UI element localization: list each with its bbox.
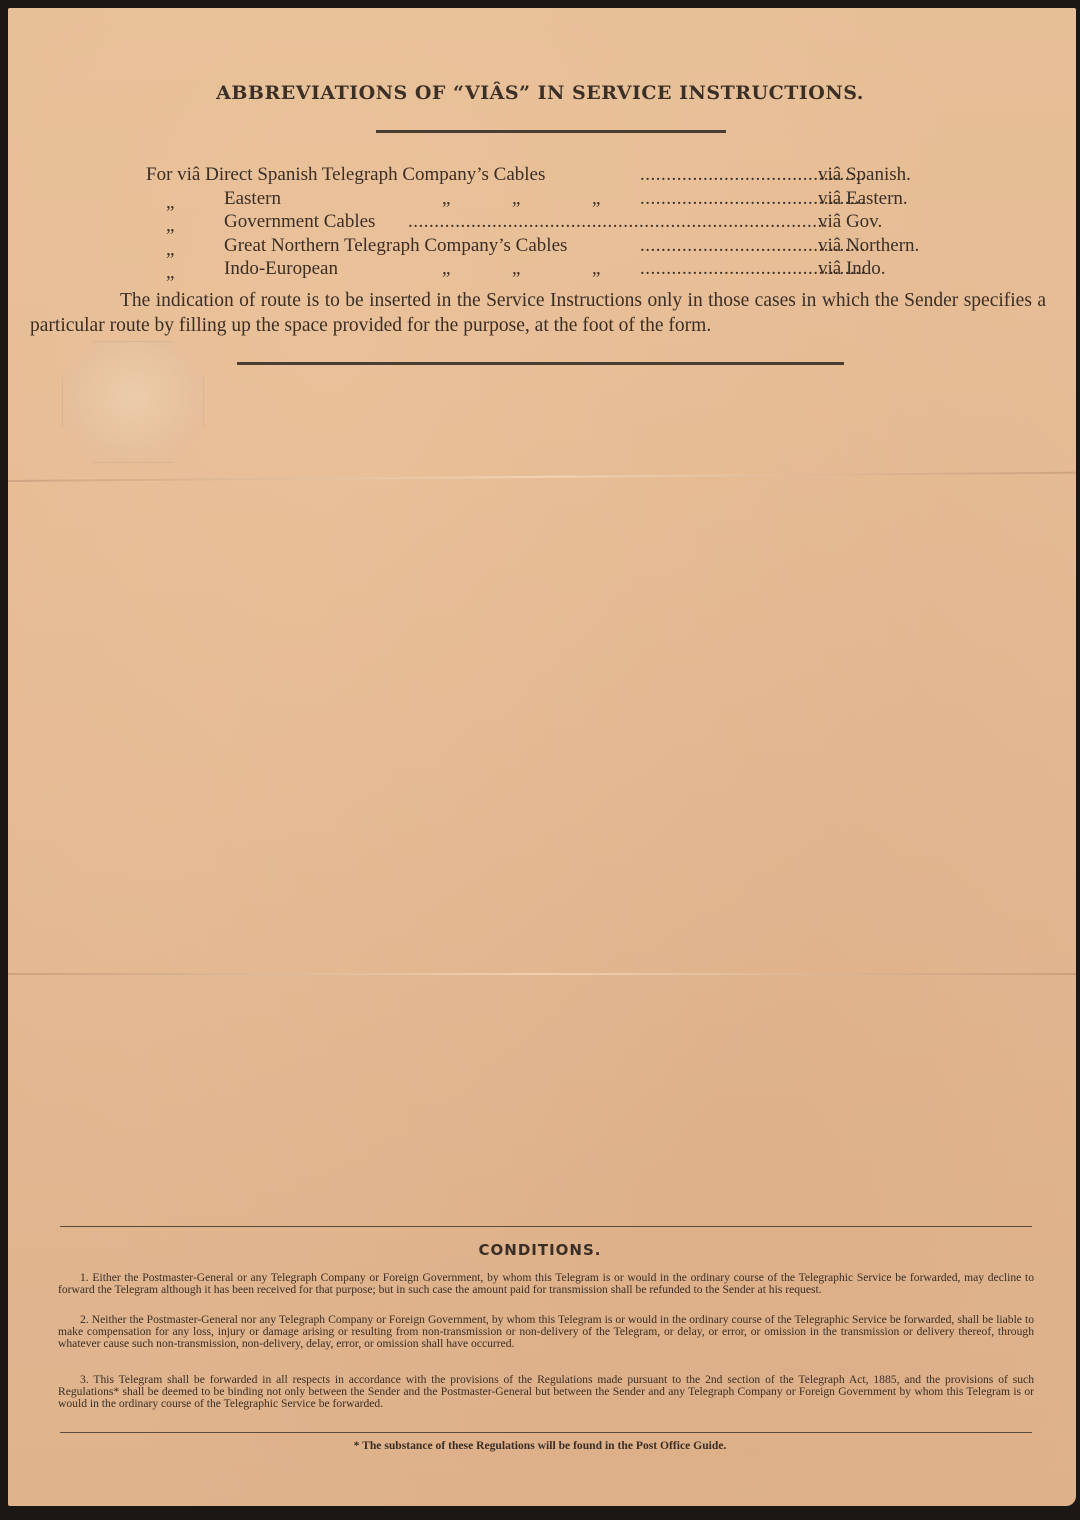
list-item: „ Indo-European „ „ „ ..................…: [146, 257, 946, 281]
condition-item: 2. Neither the Postmaster-General nor an…: [58, 1314, 1034, 1349]
route-note: The indication of route is to be inserte…: [30, 288, 1046, 338]
via-name: Great Northern Telegraph Company’s Cable…: [224, 234, 567, 258]
vias-list: For viâ Direct Spanish Telegraph Company…: [146, 163, 946, 281]
via-abbreviation: viâ Eastern.: [818, 187, 908, 211]
leader-dots: ........................................…: [640, 163, 966, 187]
via-abbreviation: viâ Gov.: [818, 210, 882, 234]
leader-dots: ........................................…: [640, 187, 966, 211]
via-abbreviation: viâ Spanish.: [818, 163, 911, 187]
via-name: For viâ Direct Spanish Telegraph Company…: [146, 163, 545, 187]
list-item: „ Great Northern Telegraph Company’s Cab…: [146, 234, 946, 258]
condition-item: 3. This Telegram shall be forwarded in a…: [58, 1374, 1034, 1409]
divider: [60, 1226, 1032, 1227]
list-item: „ Government Cables ....................…: [146, 210, 946, 234]
ditto-mark: „: [592, 187, 600, 211]
footnote: * The substance of these Regulations wil…: [0, 1439, 1080, 1452]
via-name: Government Cables: [224, 210, 375, 234]
via-abbreviation: viâ Indo.: [818, 257, 886, 281]
ditto-mark: „: [442, 187, 450, 211]
ditto-mark: „: [512, 257, 520, 281]
ditto-mark: „: [442, 257, 450, 281]
embossed-stamp-icon: [62, 341, 204, 463]
ditto-mark: „: [166, 261, 174, 285]
fold-crease: [8, 472, 1076, 482]
divider: [237, 362, 844, 365]
page-title: ABBREVIATIONS OF “VIÂS” IN SERVICE INSTR…: [0, 82, 1080, 104]
divider: [60, 1432, 1032, 1433]
conditions-title: CONDITIONS.: [0, 1241, 1080, 1259]
ditto-mark: „: [512, 187, 520, 211]
ditto-mark: „: [592, 257, 600, 281]
leader-dots: ........................................…: [640, 257, 966, 281]
list-item: For viâ Direct Spanish Telegraph Company…: [146, 163, 946, 187]
condition-item: 1. Either the Postmaster-General or any …: [58, 1272, 1034, 1296]
fold-crease: [8, 973, 1076, 975]
via-name: Eastern: [224, 187, 281, 211]
via-abbreviation: viâ Northern.: [818, 234, 919, 258]
via-name: Indo-European: [224, 257, 338, 281]
list-item: „ Eastern „ „ „ ........................…: [146, 187, 946, 211]
leader-dots: ........................................…: [408, 210, 828, 234]
divider: [376, 130, 726, 133]
